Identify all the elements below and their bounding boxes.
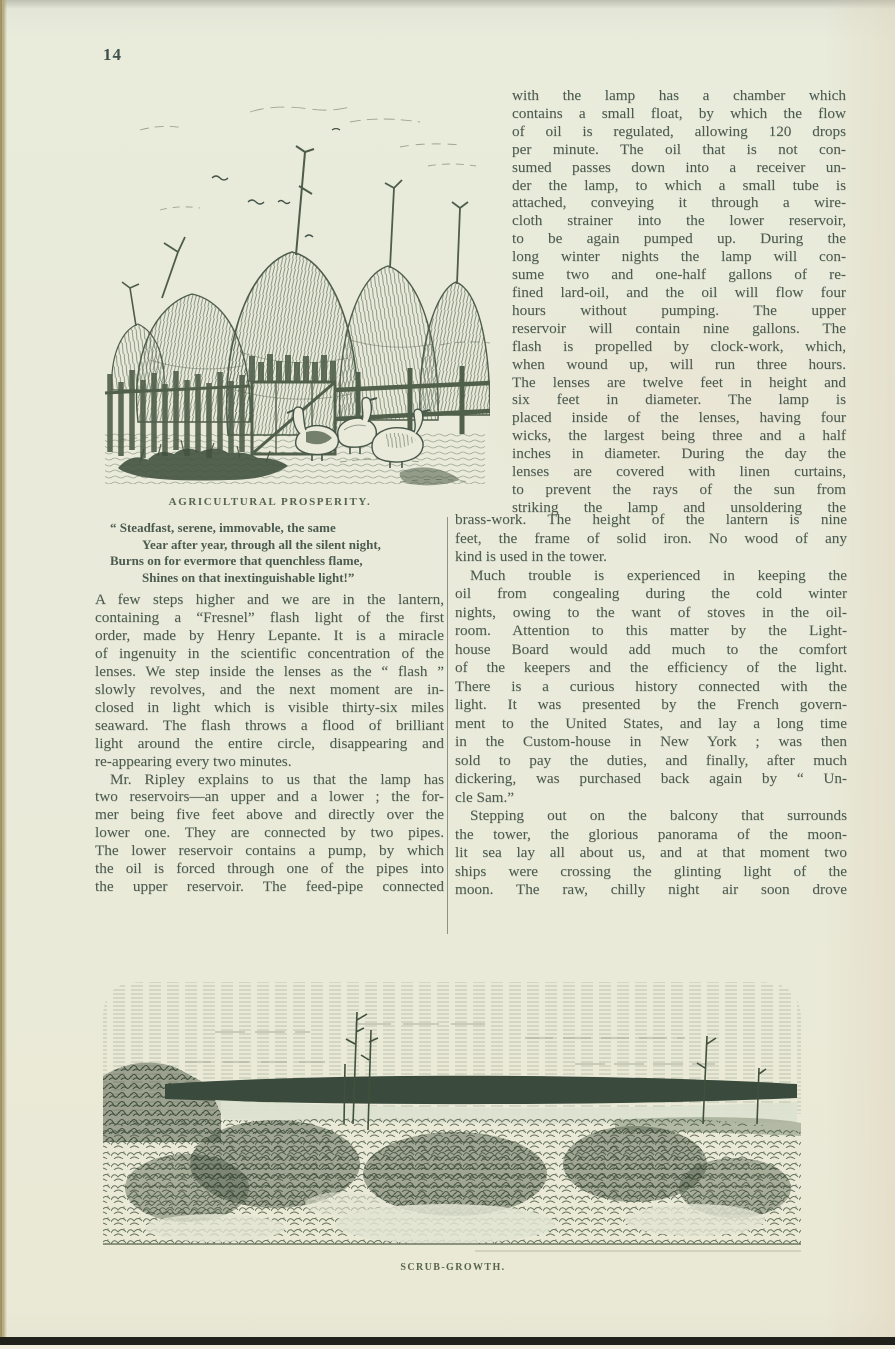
left-column-text: A few steps higher and we are in the lan… <box>95 591 444 896</box>
figure-caption-bottom: SCRUB-GROWTH. <box>95 1262 811 1273</box>
figure-caption-top: AGRICULTURAL PROSPERITY. <box>95 496 445 508</box>
page-edge-bottom-dark <box>0 1337 895 1345</box>
scrub-growth-engraving <box>95 972 811 1260</box>
birds <box>212 129 340 238</box>
page-edge-left <box>0 0 7 1349</box>
page-edge-bottom-light <box>0 1345 895 1349</box>
figure-scrub-growth <box>95 972 811 1260</box>
page-number: 14 <box>103 45 122 65</box>
haystacks-engraving <box>100 90 490 490</box>
figure-haystacks <box>100 90 490 490</box>
page-edge-top <box>0 0 895 9</box>
right-column-text-upper: with the lamp has a chamber whichcontain… <box>512 87 846 517</box>
scanned-page: 14 <box>0 0 895 1349</box>
right-column-text-lower: brass-work. The height of the lantern is… <box>455 511 847 900</box>
column-divider-rule <box>447 517 448 934</box>
poem-quote: “ Steadfast, serene, immovable, the same… <box>110 520 450 586</box>
picket-fence <box>110 370 242 458</box>
